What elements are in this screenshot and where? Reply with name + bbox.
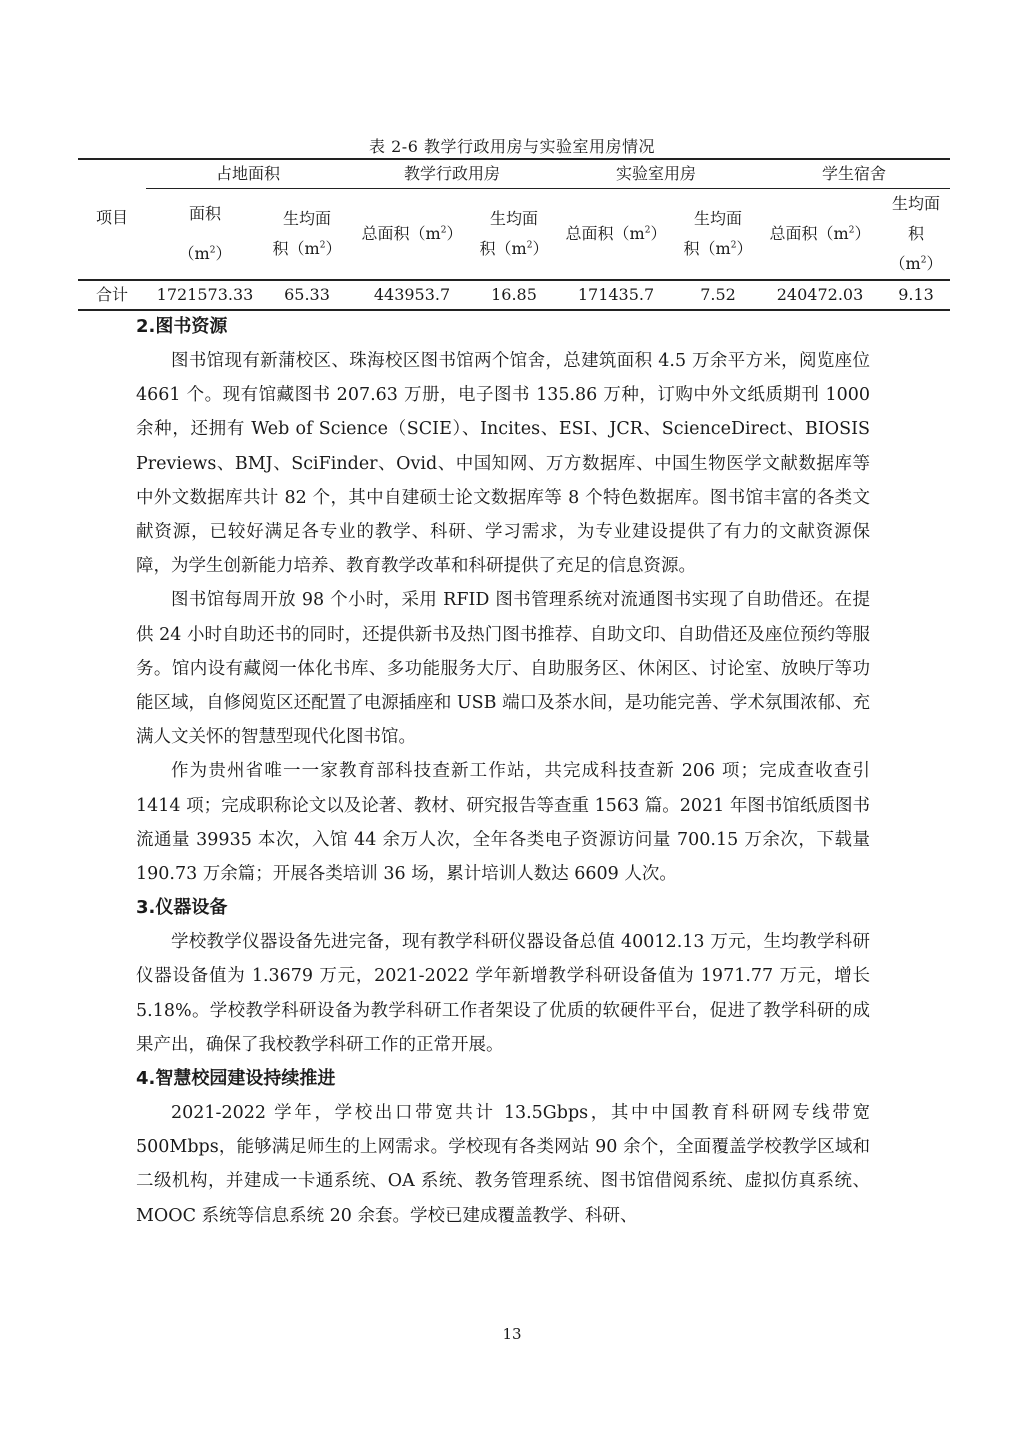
group-header-dorm: 学生宿舍 (758, 159, 950, 189)
cell: 9.13 (882, 280, 950, 310)
table-row: 合计 1721573.33 65.33 443953.7 16.85 17143… (78, 280, 950, 310)
col-header: 生均面积（m2） (678, 189, 758, 281)
paragraph: 作为贵州省唯一一家教育部科技查新工作站，共完成科技查新 206 项；完成查收查引… (136, 754, 870, 891)
page-number: 13 (0, 1325, 1024, 1343)
col-header: 面积（m2） (146, 189, 264, 281)
col-header-label: 生均面 (490, 209, 538, 228)
cell: 65.33 (264, 280, 350, 310)
paragraph: 图书馆现有新蒲校区、珠海校区图书馆两个馆舍，总建筑面积 4.5 万余平方米，阅览… (136, 344, 870, 583)
col-header-label: 生均面 (892, 194, 940, 213)
cell: 443953.7 (350, 280, 474, 310)
col-header: 生均面积（m2） (474, 189, 554, 281)
group-header-land: 占地面积 (146, 159, 350, 189)
row-header-label: 项目 (78, 159, 146, 280)
col-header-unit: （m2） (179, 244, 232, 263)
col-header-unit: 积（m2） (480, 239, 549, 258)
col-header-unit: 积（m2） (890, 224, 943, 273)
col-header-label: 面积 (189, 204, 221, 223)
cell: 171435.7 (554, 280, 678, 310)
paragraph: 图书馆每周开放 98 个小时，采用 RFID 图书管理系统对流通图书实现了自助借… (136, 583, 870, 754)
section-heading-library: 2.图书资源 (136, 310, 870, 344)
group-header-lab: 实验室用房 (554, 159, 758, 189)
col-header-unit: 积（m2） (684, 239, 753, 258)
cell: 16.85 (474, 280, 554, 310)
col-header-label: 生均面 (694, 209, 742, 228)
col-header: 总面积（m2） (554, 189, 678, 281)
col-header: 总面积（m2） (758, 189, 882, 281)
cell: 240472.03 (758, 280, 882, 310)
col-header-label: 生均面 (283, 209, 331, 228)
col-header-unit: 积（m2） (273, 239, 342, 258)
section-heading-equipment: 3.仪器设备 (136, 891, 870, 925)
facilities-table: 项目 占地面积 教学行政用房 实验室用房 学生宿舍 面积（m2） 生均面积（m2… (78, 158, 950, 311)
col-header: 总面积（m2） (350, 189, 474, 281)
cell: 1721573.33 (146, 280, 264, 310)
row-label: 合计 (78, 280, 146, 310)
col-header: 生均面积（m2） (264, 189, 350, 281)
group-header-admin: 教学行政用房 (350, 159, 554, 189)
section-heading-smart-campus: 4.智慧校园建设持续推进 (136, 1062, 870, 1096)
body-content: 2.图书资源 图书馆现有新蒲校区、珠海校区图书馆两个馆舍，总建筑面积 4.5 万… (136, 310, 870, 1233)
paragraph: 2021-2022 学年，学校出口带宽共计 13.5Gbps，其中中国教育科研网… (136, 1096, 870, 1233)
col-header: 生均面积（m2） (882, 189, 950, 281)
cell: 7.52 (678, 280, 758, 310)
paragraph: 学校教学仪器设备先进完备，现有教学科研仪器设备总值 40012.13 万元，生均… (136, 925, 870, 1062)
table-caption: 表 2-6 教学行政用房与实验室用房情况 (0, 134, 1024, 157)
